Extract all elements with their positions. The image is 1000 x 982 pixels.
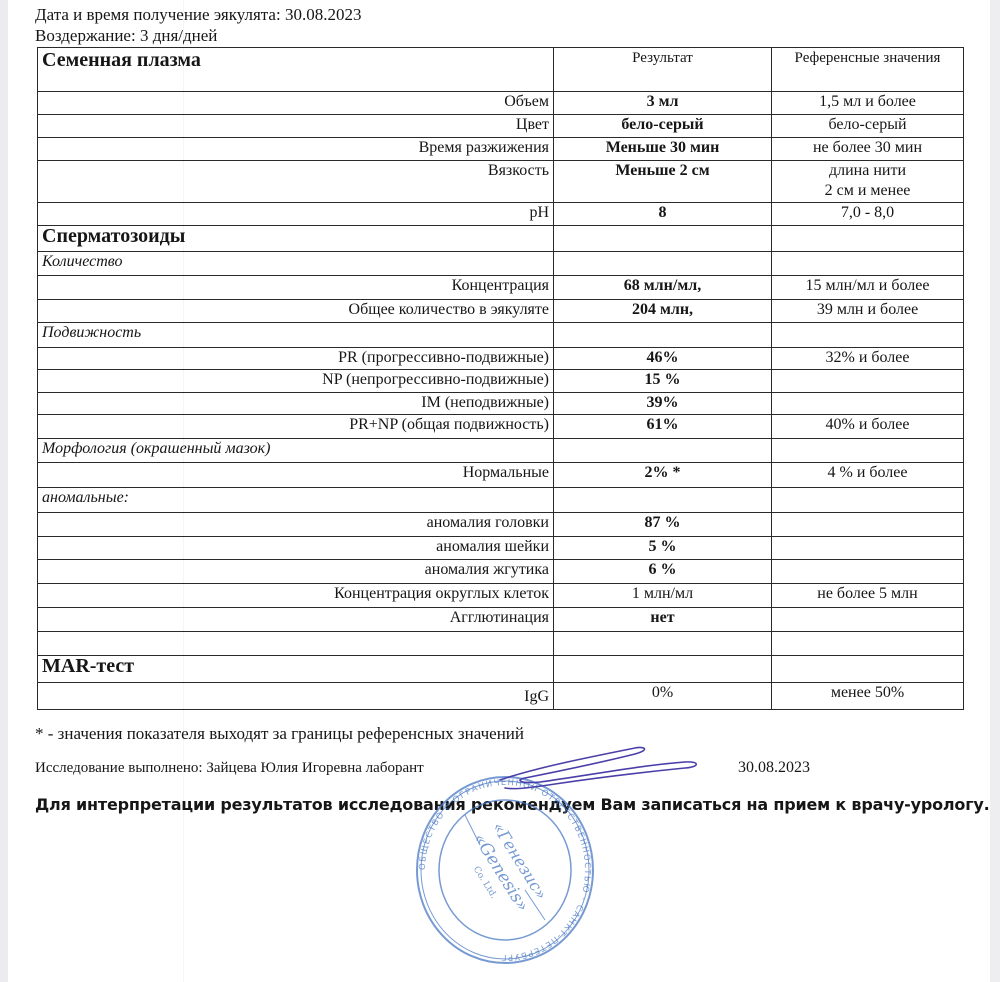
result-value: Меньше 2 см	[554, 161, 772, 203]
empty-cell	[554, 439, 772, 463]
table-row-head-anomaly: аномалия головки 87 %	[38, 513, 964, 537]
section-sperm: Сперматозоиды	[38, 226, 554, 252]
subsection-row-motility: Подвижность	[38, 323, 964, 348]
empty-cell	[772, 252, 964, 276]
result-value: бело-серый	[554, 115, 772, 138]
empty-cell	[772, 439, 964, 463]
empty-cell	[38, 632, 554, 656]
param-label: аномалия головки	[38, 513, 554, 537]
stamp-company-type: Co. Ltd.	[471, 865, 499, 901]
reference-value: 39 млн и более	[772, 300, 964, 323]
param-label: аномалия жгутика	[38, 560, 554, 584]
table-row-normal-forms: Нормальные 2% * 4 % и более	[38, 463, 964, 488]
param-label: IM (неподвижные)	[38, 393, 554, 415]
spermogram-table: Семенная плазма Результат Референсные зн…	[37, 47, 964, 710]
param-label: Объем	[38, 92, 554, 115]
reference-value	[772, 560, 964, 584]
param-label: PR+NP (общая подвижность)	[38, 415, 554, 439]
stamp-name-ru: «Генезис»	[489, 819, 552, 903]
empty-cell	[772, 323, 964, 348]
result-value: 3 мл	[554, 92, 772, 115]
reference-value	[772, 537, 964, 560]
param-label: Время разжижения	[38, 138, 554, 161]
reference-value: менее 50%	[772, 683, 964, 710]
param-label: Общее количество в эякуляте	[38, 300, 554, 323]
param-label: Нормальные	[38, 463, 554, 488]
reference-value: 32% и более	[772, 348, 964, 370]
table-row-tail-anomaly: аномалия жгутика 6 %	[38, 560, 964, 584]
result-value: нет	[554, 608, 772, 632]
subsection-row-abnormal: аномальные:	[38, 488, 964, 513]
param-label: pH	[38, 203, 554, 226]
section-row-mar: MAR-тест	[38, 656, 964, 683]
reference-value	[772, 370, 964, 393]
empty-cell	[554, 488, 772, 513]
performed-date: 30.08.2023	[738, 759, 810, 777]
result-value: 8	[554, 203, 772, 226]
result-value: 0%	[554, 683, 772, 710]
table-row-color: Цвет бело-серый бело-серый	[38, 115, 964, 138]
table-row-pr: PR (прогрессивно-подвижные) 46% 32% и бо…	[38, 348, 964, 370]
param-label: Цвет	[38, 115, 554, 138]
page-right-edge	[990, 0, 1000, 982]
reference-value	[772, 608, 964, 632]
table-row-np: NP (непрогрессивно-подвижные) 15 %	[38, 370, 964, 393]
collection-date-line: Дата и время получение эякулята: 30.08.2…	[35, 5, 361, 25]
table-header-row: Семенная плазма Результат Референсные зн…	[38, 48, 964, 92]
table-row-volume: Объем 3 мл 1,5 мл и более	[38, 92, 964, 115]
empty-cell	[554, 632, 772, 656]
subsection-motility: Подвижность	[38, 323, 554, 348]
urologist-recommendation: Для интерпретации результатов исследован…	[35, 795, 989, 814]
table-row-total-count: Общее количество в эякуляте 204 млн, 39 …	[38, 300, 964, 323]
result-value: 68 млн/мл,	[554, 276, 772, 300]
empty-cell	[554, 656, 772, 683]
table-row-round-cells: Концентрация округлых клеток 1 млн/мл не…	[38, 584, 964, 608]
param-label: PR (прогрессивно-подвижные)	[38, 348, 554, 370]
reference-value: не более 30 мин	[772, 138, 964, 161]
table-row-agglutination: Агглютинация нет	[38, 608, 964, 632]
section-seminal-plasma: Семенная плазма	[38, 48, 554, 92]
abstinence-line: Воздержание: 3 дня/дней	[35, 26, 217, 46]
table-row-ph: pH 8 7,0 - 8,0	[38, 203, 964, 226]
table-row-concentration: Концентрация 68 млн/мл, 15 млн/мл и боле…	[38, 276, 964, 300]
reference-line-2: 2 см и менее	[776, 181, 959, 201]
table-row-im: IM (неподвижные) 39%	[38, 393, 964, 415]
out-of-range-footnote: * - значения показателя выходят за грани…	[35, 724, 524, 744]
abstinence-label: Воздержание:	[35, 26, 136, 45]
result-value: 1 млн/мл	[554, 584, 772, 608]
table-row-blank	[38, 632, 964, 656]
result-value: 46%	[554, 348, 772, 370]
signature-icon	[495, 740, 705, 800]
section-mar-test: MAR-тест	[38, 656, 554, 683]
subsection-quantity: Количество	[38, 252, 554, 276]
section-row-sperm: Сперматозоиды	[38, 226, 964, 252]
table-row-neck-anomaly: аномалия шейки 5 %	[38, 537, 964, 560]
reference-value: 40% и более	[772, 415, 964, 439]
reference-value: не более 5 млн	[772, 584, 964, 608]
subsection-abnormal: аномальные:	[38, 488, 554, 513]
empty-cell	[772, 632, 964, 656]
subsection-morphology: Морфология (окрашенный мазок)	[38, 439, 554, 463]
reference-value: бело-серый	[772, 115, 964, 138]
result-value: Меньше 30 мин	[554, 138, 772, 161]
stamp-name-en: «Genesis»	[469, 830, 533, 916]
table-row-igg: IgG 0% менее 50%	[38, 683, 964, 710]
result-value: 5 %	[554, 537, 772, 560]
result-value: 87 %	[554, 513, 772, 537]
empty-cell	[772, 226, 964, 252]
result-value: 6 %	[554, 560, 772, 584]
collection-date-value: 30.08.2023	[285, 5, 362, 24]
reference-value	[772, 513, 964, 537]
result-value: 204 млн,	[554, 300, 772, 323]
empty-cell	[554, 252, 772, 276]
result-value: 39%	[554, 393, 772, 415]
page-left-edge	[0, 0, 8, 982]
collection-date-label: Дата и время получение эякулята:	[35, 5, 281, 24]
empty-cell	[772, 488, 964, 513]
param-label: Концентрация	[38, 276, 554, 300]
table-row-viscosity: Вязкость Меньше 2 см длина нити 2 см и м…	[38, 161, 964, 203]
reference-line-1: длина нити	[776, 161, 959, 181]
reference-value: 15 млн/мл и более	[772, 276, 964, 300]
table-row-total-motility: PR+NP (общая подвижность) 61% 40% и боле…	[38, 415, 964, 439]
param-label: IgG	[38, 683, 554, 710]
result-value: 61%	[554, 415, 772, 439]
abstinence-value: 3 дня/дней	[140, 26, 217, 45]
subsection-row-quantity: Количество	[38, 252, 964, 276]
reference-value	[772, 393, 964, 415]
empty-cell	[554, 323, 772, 348]
empty-cell	[772, 656, 964, 683]
param-label: Вязкость	[38, 161, 554, 203]
column-header-result: Результат	[554, 48, 772, 92]
reference-value: 7,0 - 8,0	[772, 203, 964, 226]
param-label: NP (непрогрессивно-подвижные)	[38, 370, 554, 393]
param-label: Концентрация округлых клеток	[38, 584, 554, 608]
performed-by: Исследование выполнено: Зайцева Юлия Иго…	[35, 760, 424, 777]
result-value-flagged: 2% *	[554, 463, 772, 488]
reference-value: 4 % и более	[772, 463, 964, 488]
reference-value: длина нити 2 см и менее	[772, 161, 964, 203]
table-row-liquefaction: Время разжижения Меньше 30 мин не более …	[38, 138, 964, 161]
subsection-row-morphology: Морфология (окрашенный мазок)	[38, 439, 964, 463]
reference-value: 1,5 мл и более	[772, 92, 964, 115]
column-header-reference: Референсные значения	[772, 48, 964, 92]
param-label: Агглютинация	[38, 608, 554, 632]
result-value: 15 %	[554, 370, 772, 393]
empty-cell	[554, 226, 772, 252]
param-label: аномалия шейки	[38, 537, 554, 560]
